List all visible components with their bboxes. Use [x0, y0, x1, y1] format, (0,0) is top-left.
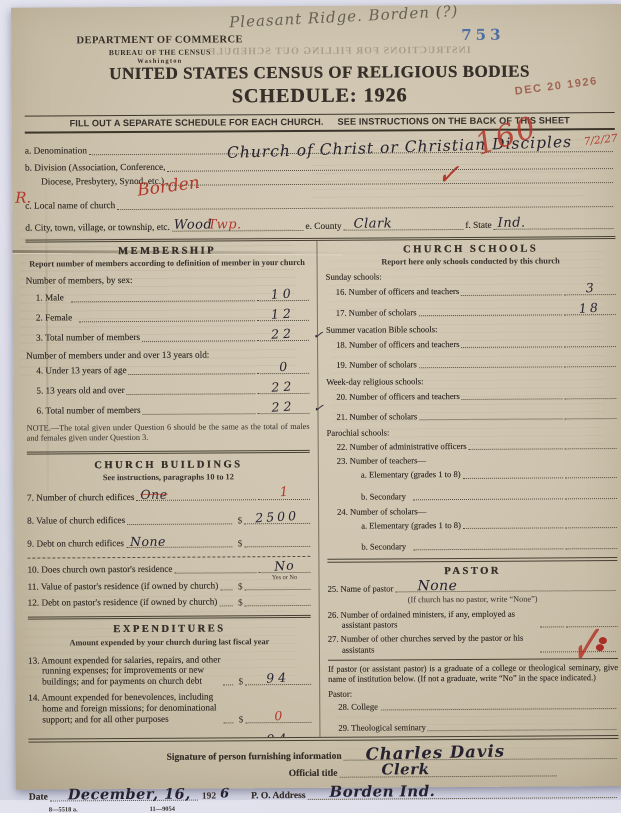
question-row-20: 20. Number of officers and teachers	[336, 390, 616, 402]
question-label: b. Secondary	[361, 541, 411, 551]
question-row-25: 25. Name of pastor None	[328, 582, 618, 594]
township-value: Twp.	[208, 217, 242, 232]
answer-line: 3	[564, 293, 616, 295]
answer-line	[565, 447, 617, 449]
answer-line: 10	[257, 299, 309, 301]
question-row-23a: a. Elementary (grades 1 to 8)	[361, 469, 617, 481]
po-address-value: Borden Ind.	[329, 782, 435, 800]
dollar-sign: $	[239, 714, 244, 724]
form-title: UNITED STATES CENSUS OF RELIGIOUS BODIES	[24, 61, 614, 85]
schools-subtitle: Report here only schools conducted by th…	[326, 256, 616, 268]
dotted-leader	[175, 571, 257, 574]
question-label: 23. Number of teachers—	[337, 456, 426, 467]
official-title-line: Clerk	[340, 774, 557, 777]
membership-subtitle: Report number of members according to de…	[26, 258, 309, 270]
question-label: 2. Female	[36, 313, 77, 324]
left-column: MEMBERSHIP Report number of members acco…	[25, 241, 319, 739]
answer-line	[564, 365, 616, 367]
answer-value: 12	[271, 305, 296, 321]
answer-value: 10	[270, 286, 295, 302]
dotted-leader: None	[395, 589, 615, 592]
dotted-leader	[462, 397, 563, 400]
answer-line	[564, 345, 616, 347]
question-label: 3. Total number of members	[36, 332, 140, 343]
field-label: c. Local name of church	[25, 201, 115, 212]
po-address-line: Borden Ind.	[308, 796, 617, 800]
department-line: DEPARTMENT OF COMMERCE	[62, 33, 257, 48]
scanned-census-form: Pleasant Ridge. Borden (?) 753 INSTRUCTI…	[11, 4, 621, 790]
official-title-value: Clerk	[381, 760, 429, 778]
dotted-leader	[127, 523, 232, 526]
question-row-1: 1. Male 10	[36, 291, 309, 304]
question-label: 26. Number of ordained ministers, if any…	[328, 609, 538, 631]
buildings-title: CHURCH BUILDINGS	[27, 459, 310, 472]
identification-fields: 160 7/2/27 Borden ✓ R. a. Denomination C…	[25, 130, 616, 240]
answer-line	[565, 417, 617, 419]
question-row-24: 24. Number of scholars—	[337, 505, 617, 517]
answer-value: 22	[271, 378, 296, 394]
question-label: 6. Total number of members	[36, 405, 140, 416]
answer-line: 94	[245, 683, 311, 685]
field-division-cont: Diocese, Presbytery, Synod, etc.)	[25, 174, 615, 188]
schools-title: CHURCH SCHOOLS	[325, 243, 615, 256]
field-label: d. City, town, village, or township, etc…	[25, 222, 170, 233]
form-header: Pleasant Ridge. Borden (?) 753 INSTRUCTI…	[24, 6, 615, 116]
field-label: f. State	[465, 220, 491, 230]
question-row-13: 13. Amount expended for salaries, repair…	[28, 654, 311, 688]
question-row-3: 3. Total number of members 22✓	[36, 331, 309, 344]
question-label: 8. Value of church edifices	[27, 515, 125, 526]
red-ink-dot	[596, 644, 604, 651]
answer-line	[166, 181, 613, 186]
date-value: December, 16,	[68, 785, 191, 800]
agency-block: DEPARTMENT OF COMMERCE BUREAU OF THE CEN…	[62, 33, 257, 66]
file-number-stamp: 753	[461, 26, 504, 44]
answer-line	[167, 167, 613, 172]
question-row-2: 2. Female 12	[36, 311, 309, 324]
question-label: a. Elementary (grades 1 to 8)	[361, 520, 461, 531]
answer-line: Clark	[344, 227, 464, 230]
question-label: 27. Number of other churches served by t…	[328, 633, 538, 655]
dotted-leader	[414, 548, 564, 551]
question-label: 21. Number of scholars	[336, 411, 417, 422]
membership-note: NOTE.—The total given under Question 6 s…	[27, 421, 310, 444]
question-row-26: 26. Number of ordained ministers, if any…	[328, 608, 618, 630]
dotted-leader	[79, 319, 255, 322]
dotted-leader	[461, 293, 562, 296]
dollar-sign: $	[238, 516, 243, 526]
question-row-21: 21. Number of scholars	[336, 410, 616, 422]
field-label: e. County	[305, 221, 341, 231]
answer-value: 22	[271, 398, 296, 414]
group-label: Summer vacation Bible schools:	[326, 323, 616, 335]
question-label: 25. Name of pastor	[328, 583, 394, 594]
group-label: Number of members, by sex:	[26, 274, 309, 286]
po-address-label: P. O. Address	[251, 790, 305, 800]
question-row-8: 8. Value of church edifices $ 2500	[27, 514, 310, 527]
group-label: Pastor:	[328, 687, 618, 699]
dotted-leader	[142, 339, 255, 342]
dotted-leader	[462, 345, 563, 348]
group-label: Parochial schools:	[327, 426, 617, 438]
official-title-label: Official title	[289, 768, 338, 778]
date-label: Date	[29, 792, 48, 800]
dotted-leader	[220, 588, 233, 590]
dotted-leader	[469, 448, 563, 451]
dotted-leader: One	[136, 499, 256, 502]
answer-value: None	[417, 578, 457, 594]
dotted-leader: None	[126, 546, 233, 549]
question-row-14: 14. Amount expended for benevolences, in…	[28, 691, 311, 725]
answer-value: 0	[279, 359, 288, 374]
county-value: Clark	[354, 216, 393, 231]
question-label: 18. Number of officers and teachers	[336, 339, 460, 350]
checkmark: ✓	[312, 327, 324, 342]
dotted-leader	[224, 721, 234, 723]
dollar-sign: $	[239, 677, 244, 687]
field-local-name: c. Local name of church	[25, 198, 615, 212]
field-division: b. Division (Association, Conference,	[25, 160, 615, 174]
date-address-row: Date December, 16, 192 6 P. O. Address B…	[29, 784, 619, 800]
group-label: Number of members under and over 13 year…	[26, 349, 309, 361]
question-label: 7. Number of church edifices	[27, 492, 134, 504]
answer-line: Church of Christ or Christian Disciples	[89, 150, 613, 155]
question-row-16: 16. Number of officers and teachers 3	[336, 285, 616, 297]
question-label: 20. Number of officers and teachers	[336, 391, 460, 402]
question-label: 5. 13 years old and over	[36, 385, 124, 396]
answer-line	[565, 526, 617, 528]
field-city-county-state: d. City, town, village, or township, etc…	[25, 220, 615, 234]
question-row-12: 12. Debt on pastor's residence (if owned…	[28, 596, 311, 609]
question-label: 28. College	[338, 701, 379, 711]
question-label: 24. Number of scholars—	[337, 506, 426, 517]
question-label: 22. Number of administrative officers	[337, 441, 467, 452]
question-label: 4. Under 13 years of age	[36, 365, 126, 376]
dotted-leader	[463, 526, 563, 529]
question-row-22: 22. Number of administrative officers	[337, 440, 617, 452]
answer-line: 22✓	[257, 339, 309, 341]
buildings-subtitle: See instructions, paragraphs 10 to 12	[27, 472, 310, 484]
dollar-sign: $	[238, 597, 243, 607]
dashed-divider	[27, 556, 310, 559]
answer-line	[565, 476, 617, 478]
year-suffix-value: 6	[220, 786, 229, 800]
question-row-5: 5. 13 years old and over 22	[36, 384, 309, 397]
section-divider	[27, 450, 310, 455]
question-row-11: 11. Value of pastor's residence (if owne…	[28, 580, 311, 593]
question-row-29: 29. Theological seminary	[338, 721, 618, 733]
dotted-leader	[419, 365, 562, 368]
answer-line: 22✓	[257, 411, 309, 413]
question-row-23: 23. Number of teachers—	[337, 454, 617, 466]
question-row-10: 10. Does church own pastor's residence N…	[27, 563, 310, 576]
question-row-19: 19. Number of scholars	[336, 358, 616, 370]
expenditures-subtitle: Amount expended by your church during la…	[28, 637, 311, 649]
dotted-leader	[219, 604, 233, 606]
question-row-6: 6. Total number of members 22✓	[36, 404, 309, 417]
dotted-leader	[381, 707, 616, 710]
question-label: 11. Value of pastor's residence (if owne…	[28, 581, 219, 593]
signature-section: Signature of person furnishing informati…	[29, 750, 619, 800]
question-label: 29. Theological seminary	[338, 722, 425, 733]
printed-year-prefix: 192	[202, 791, 216, 800]
answer-line: 12	[257, 319, 309, 321]
field-label: a. Denomination	[25, 146, 87, 156]
answer-line: Wood Twp.	[172, 228, 304, 231]
question-row-24a: a. Elementary (grades 1 to 8)	[361, 519, 617, 531]
answer-value: 22	[271, 325, 296, 341]
group-label: Sunday schools:	[326, 270, 616, 282]
question-row-4: 4. Under 13 years of age 0	[36, 364, 309, 377]
answer-value: 3	[585, 279, 594, 294]
answer-line: 0	[257, 372, 309, 374]
dotted-leader	[143, 412, 256, 415]
answer-value: One	[140, 487, 167, 502]
answer-line	[117, 205, 613, 210]
dotted-leader	[127, 392, 256, 395]
answer-value: 2500	[255, 508, 300, 526]
question-row-9: 9. Debt on church edifices None $	[27, 537, 310, 550]
section-divider	[28, 615, 311, 620]
question-row-17: 17. Number of scholars 18	[336, 306, 616, 318]
dotted-leader	[540, 626, 564, 628]
answer-line: 18	[564, 313, 616, 315]
question-row-24b: b. Secondary	[361, 540, 617, 552]
state-value: Ind.	[498, 215, 526, 230]
question-row-7: 7. Number of church edifices One 1	[27, 491, 310, 504]
pencil-annotation: Pleasant Ridge. Borden (?)	[229, 2, 459, 31]
answer-line	[564, 397, 616, 399]
dotted-leader	[71, 299, 255, 302]
question-label: b. Secondary	[361, 491, 411, 501]
dotted-leader	[428, 728, 617, 731]
red-answer-value: 0	[274, 708, 283, 723]
dotted-leader	[419, 418, 562, 421]
dotted-leader	[224, 684, 234, 686]
pastor-title: PASTOR	[327, 565, 617, 578]
section-divider	[327, 557, 617, 562]
question-label: 16. Number of officers and teachers	[336, 286, 460, 297]
question-label: 10. Does church own pastor's residence	[27, 564, 172, 576]
answer-value: 18	[578, 299, 601, 315]
answer-line: 22	[257, 392, 309, 394]
answer-line	[565, 497, 617, 499]
answer-value: 94	[266, 670, 291, 686]
question-label: 9. Debt on church edifices	[27, 538, 124, 549]
question-label: 17. Number of scholars	[336, 307, 417, 318]
answer-value: No	[274, 558, 295, 574]
question-label: a. Elementary (grades 1 to 8)	[361, 469, 461, 480]
group-label: Week-day religious schools:	[326, 375, 616, 387]
dotted-leader	[419, 313, 562, 316]
question-label: 12. Debt on pastor's residence (if owned…	[28, 596, 218, 608]
answer-line: Ind.	[494, 227, 614, 230]
banner-text-1: FILL OUT A SEPARATE SCHEDULE FOR EACH CH…	[70, 117, 324, 129]
dotted-leader	[463, 476, 563, 479]
question-row-18: 18. Number of officers and teachers	[336, 338, 616, 350]
pastor-caption: (If church has no pastor, write “None”)	[328, 594, 618, 606]
question-label: 13. Amount expended for salaries, repair…	[28, 654, 222, 688]
field-label: b. Division (Association, Conference,	[25, 162, 166, 173]
answer-line	[244, 545, 310, 547]
dollar-sign: $	[238, 581, 243, 591]
question-label: 19. Number of scholars	[336, 359, 417, 370]
membership-title: MEMBERSHIP	[25, 245, 308, 258]
answer-line	[565, 547, 617, 549]
red-ink-dot	[599, 637, 607, 644]
answer-line	[245, 588, 311, 590]
answer-line: 0	[245, 721, 311, 723]
official-title-row: Official title Clerk	[289, 767, 559, 779]
answer-value: None	[130, 534, 166, 549]
red-answer-value: 1	[279, 485, 288, 500]
dotted-leader	[413, 497, 563, 500]
dotted-leader	[129, 372, 256, 375]
answer-line: NoYes or No	[258, 571, 310, 573]
dollar-sign: $	[238, 538, 243, 548]
question-label: 1. Male	[36, 293, 69, 304]
answer-line: 1	[258, 498, 310, 500]
answer-line	[245, 604, 311, 606]
signature-label: Signature of person furnishing informati…	[167, 751, 342, 762]
answer-line: 2500	[244, 522, 310, 524]
expenditures-title: EXPENDITURES	[28, 623, 311, 636]
question-row-23b: b. Secondary	[361, 490, 617, 502]
question-row-28: 28. College	[338, 700, 618, 712]
checkmark: ✓	[313, 400, 325, 415]
question-label: 14. Amount expended for benevolences, in…	[28, 692, 222, 726]
city-value: Wood	[174, 217, 213, 232]
